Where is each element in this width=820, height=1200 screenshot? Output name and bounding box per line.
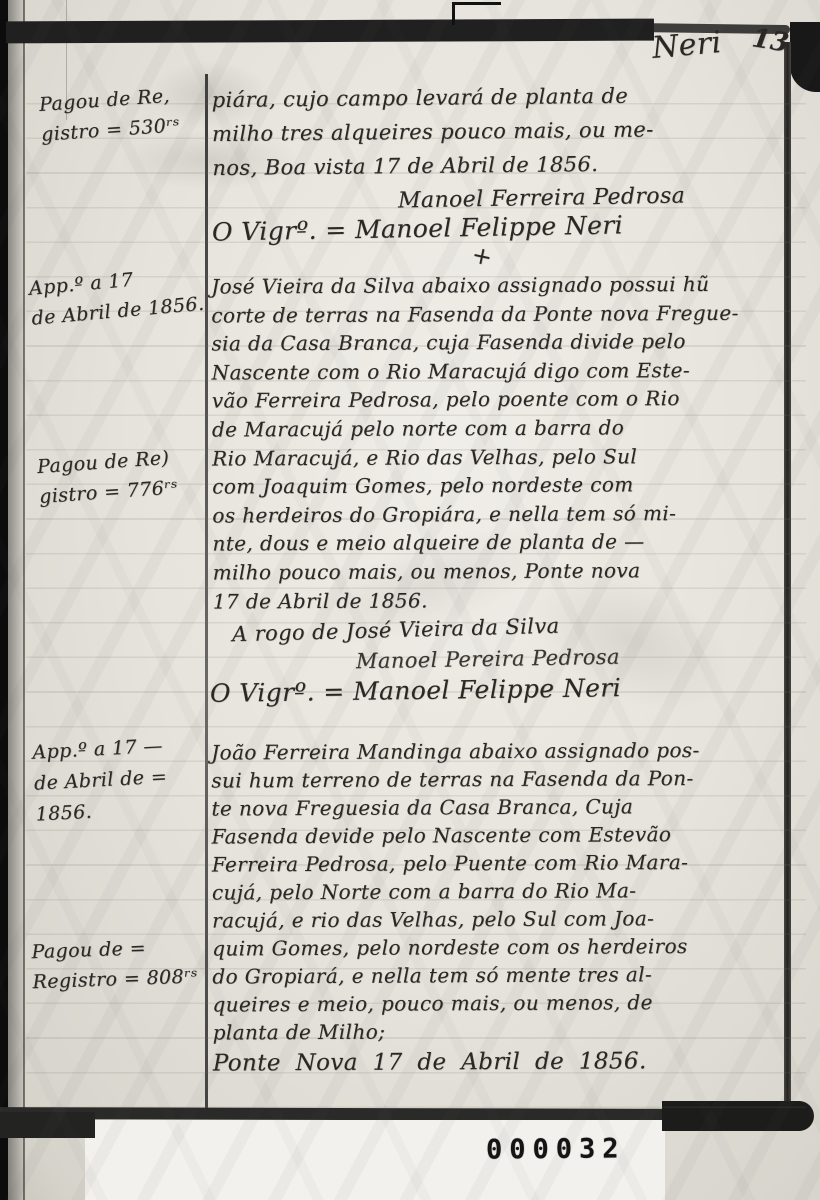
margin-note-approval-1: App.º a 17 de Abril de 1856. [28,258,213,333]
signature-declarant-1: Manoel Ferreira Pedrosa [398,183,686,213]
manuscript-line: quim Gomes, pelo nordeste com os herdeir… [212,931,804,962]
archive-stamp-number: 000032 [486,1133,626,1165]
book-binding-edge [0,0,8,1200]
manuscript-line: corte de terras na Fasenda da Ponte nova… [211,298,803,330]
manuscript-line: milho pouco mais, ou menos, Ponte nova [213,555,805,587]
margin-note-approval-2: App.º a 17 — de Abril de = 1856. [32,728,217,830]
manuscript-line: do Gropiará, e nella tem só mente tres a… [212,959,804,990]
signature-vicar-1: O Vigrº. = Manoel Felippe Neri [212,210,624,246]
signature-vicar-2: O Vigrº. = Manoel Felippe Neri [210,673,621,708]
manuscript-line: sia da Casa Branca, cuja Fasenda divide … [211,327,803,359]
scanned-manuscript-page: Neri 13 Pagou de Re, gistro = 530ʳˢ App.… [0,0,820,1200]
page-fold-line [23,0,25,1200]
manuscript-line: os herdeiros do Gropiára, e nella tem só… [212,498,804,530]
bottom-page-edge-left [0,1112,95,1138]
manuscript-line: Rio Maracujá, e Rio das Velhas, pelo Sul [212,441,804,473]
manuscript-line: racujá, e rio das Velhas, pelo Sul com J… [212,903,804,934]
margin-note-registry-payment-1: Pagou de Re, gistro = 530ʳˢ [38,78,212,150]
cross-mark: + [469,240,495,272]
manuscript-line: José Vieira da Silva abaixo assignado po… [211,269,803,301]
entry-paragraph-joao-mandinga: João Ferreira Mandinga abaixo assignado … [211,735,805,1077]
corner-crop-mark [452,2,501,25]
manuscript-line: com Joaquim Gomes, pelo nordeste com [212,470,804,502]
manuscript-line: de Maracujá pelo norte com a barra do [212,412,804,444]
margin-note-registry-payment-2: Pagou de Re) gistro = 776ʳˢ [36,440,215,512]
binding-shadow [8,0,24,1200]
margin-note-line: Registro = 808ʳˢ [32,961,218,997]
manuscript-line: sui hum terreno de terras na Fasenda da … [211,763,803,794]
manuscript-line: Ferreira Pedrosa, pelo Puente com Rio Ma… [212,847,804,878]
manuscript-line: Fasenda devide pelo Nascente com Estevão [212,819,804,850]
signature-a-rogo: A rogo de José Vieira da Silva [232,614,560,647]
margin-note-registry-payment-3: Pagou de = Registro = 808ʳˢ [31,931,218,997]
page-number: 13 [750,23,791,58]
manuscript-line: Nascente com o Rio Maracujá digo com Est… [212,355,804,387]
top-page-edge-band [6,19,654,44]
entry-paragraph-continuation: piára, cujo campo levará de planta de mi… [211,77,804,185]
manuscript-line: João Ferreira Mandinga abaixo assignado … [211,735,803,766]
bottom-page-edge-thick [662,1101,814,1131]
manuscript-line: 17 de Abril de 1856. [213,584,805,616]
manuscript-line: vão Ferreira Pedrosa, pelo poente com o … [212,384,804,416]
manuscript-line: te nova Freguesia da Casa Branca, Cuja [211,791,803,822]
manuscript-line: queires e meio, pouco mais, ou menos, de [212,987,804,1018]
bottom-page-edge-band [0,1107,705,1121]
manuscript-line: cujá, pelo Norte com a barra do Rio Ma- [212,875,804,906]
signature-declarant-2: Manoel Pereira Pedrosa [356,645,620,674]
page-owner-signature: Neri [651,25,723,66]
manuscript-line: nte, dous e meio alqueire de planta de — [212,527,804,559]
manuscript-line: Ponte Nova 17 de Abril de 1856. [213,1046,805,1077]
entry-paragraph-jose-vieira: José Vieira da Silva abaixo assignado po… [211,269,805,615]
manuscript-line: nos, Boa vista 17 de Abril de 1856. [212,145,804,185]
manuscript-line: planta de Milho; [213,1015,805,1046]
